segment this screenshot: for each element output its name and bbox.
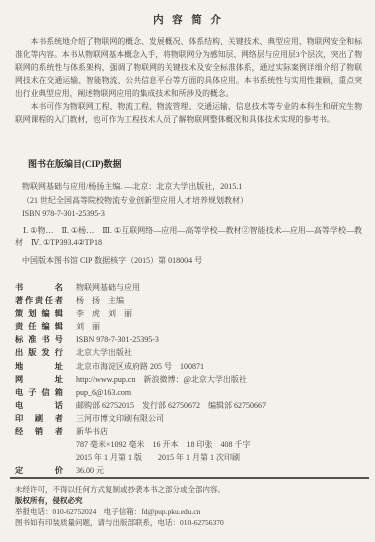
detail-value: 787 毫米×1092 毫米 16 开本 18 印张 408 千字 [76,438,251,451]
content-summary-section: 内 容 简 介 本书系统地介绍了物联网的概念、发展概况、体系结构、关键技术、典型… [15,12,362,126]
detail-row-isbn: 标准书号 ISBN 978-7-301-25395-3 [15,333,365,346]
report-contact-line: 举报电话：010-62752024 电子信箱：fd@pup.pku.edu.cn [15,506,362,517]
detail-label: 经销者 [15,425,63,438]
cip-title-line: 物联网基础与应用/杨扬主编. —北京：北京大学出版社，2015.1 [22,180,362,194]
detail-value: 北京市海淀区成府路 205 号 100871 [76,360,204,373]
cip-record-number: 中国版本图书馆 CIP 数据核字（2015）第 018004 号 [22,254,362,268]
detail-label: 标准书号 [15,333,63,346]
detail-label: 网址 [15,373,63,386]
detail-row-planning-editor: 策划编辑 李 虎 刘 丽 [15,307,365,320]
detail-row-price: 定价 36.00 元 [15,464,365,477]
rights-reserved-notice: 版权所有，侵权必究 [15,495,362,506]
detail-row-responsible-editor: 责任编辑 刘 丽 [15,320,365,333]
detail-label: 地址 [15,360,63,373]
detail-row-publisher: 出版发行 北京大学出版社 [15,346,365,359]
detail-label: 策划编辑 [15,307,63,320]
detail-row-printer: 印刷者 三河市博文印刷有限公司 [15,412,365,425]
detail-value: 邮购部 62752015 发行部 62750672 编辑部 62750667 [76,399,266,412]
detail-row-address: 地址 北京市海淀区成府路 205 号 100871 [15,360,365,373]
detail-value: 新华书店 [76,425,108,438]
detail-value: 36.00 元 [76,464,104,477]
detail-label: 印刷者 [15,412,63,425]
detail-value: pup_6@163.com [76,386,131,399]
detail-value: 2015 年 1 月第 1 版 2015 年 1 月第 1 次印刷 [76,451,240,464]
detail-value: 刘 丽 [76,320,100,333]
summary-paragraph-1: 本书系统地介绍了物联网的概念、发展概况、体系结构、关键技术、典型应用、物联网安全… [15,35,362,100]
detail-value: 北京大学出版社 [76,346,132,359]
detail-label: 电子信箱 [15,386,63,399]
detail-label: 电话 [15,399,63,412]
detail-label: 出版发行 [15,346,63,359]
detail-value: ISBN 978-7-301-25395-3 [76,333,159,346]
detail-row-format: 787 毫米×1092 毫米 16 开本 18 印张 408 千字 [15,438,365,451]
cip-heading: 图书在版编目(CIP)数据 [28,158,362,171]
detail-row-distributor: 经销者 新华书店 [15,425,365,438]
detail-value: 杨 扬 主编 [76,294,124,307]
detail-row-phone: 电话 邮购部 62752015 发行部 62750672 编辑部 6275066… [15,399,365,412]
summary-paragraph-2: 本书可作为物联网工程、物流工程、物流管理、交通运输、信息技术等专业的本科生和研究… [15,100,362,126]
cip-isbn-line: ISBN 978-7-301-25395-3 [22,207,362,221]
cip-series-line: （21 世纪全国高等院校物流专业创新型应用人才培养规划教材） [22,194,362,208]
copyright-notice-section: 未经许可，不得以任何方式复制或抄袭本书之部分或全部内容。 版权所有，侵权必究 举… [15,484,362,528]
cip-classification-line: Ⅰ. ①物… Ⅱ. ①杨… Ⅲ. ①互联网络—应用—高等学校—教材②智能技术—应… [15,225,362,250]
cip-data-section: 图书在版编目(CIP)数据 物联网基础与应用/杨扬主编. —北京：北京大学出版社… [15,158,362,267]
divider-line [10,477,369,479]
detail-label: 著作责任者 [15,294,63,307]
detail-value: http://www.pup.cn 新浪微博：@北京大学出版社 [76,373,247,386]
detail-label: 责任编辑 [15,320,63,333]
detail-row-edition: 2015 年 1 月第 1 版 2015 年 1 月第 1 次印刷 [15,451,365,464]
detail-value: 李 虎 刘 丽 [76,307,132,320]
book-copyright-page: 内 容 简 介 本书系统地介绍了物联网的概念、发展概况、体系结构、关键技术、典型… [0,0,375,542]
no-copy-notice: 未经许可，不得以任何方式复制或抄袭本书之部分或全部内容。 [15,484,362,495]
detail-row-title: 书名 物联网基础与应用 [15,281,365,294]
detail-label: 定价 [15,464,63,477]
detail-row-email: 电子信箱 pup_6@163.com [15,386,365,399]
detail-row-author: 著作责任者 杨 扬 主编 [15,294,365,307]
detail-value: 三河市博文印刷有限公司 [76,412,164,425]
quality-contact-line: 图书如有印装质量问题，请与出版部联系，电话：010-62756370 [15,517,362,528]
detail-value: 物联网基础与应用 [76,281,140,294]
detail-label: 书名 [15,281,63,294]
content-summary-title: 内 容 简 介 [15,12,362,27]
detail-row-website: 网址 http://www.pup.cn 新浪微博：@北京大学出版社 [15,373,365,386]
publication-details-table: 书名 物联网基础与应用 著作责任者 杨 扬 主编 策划编辑 李 虎 刘 丽 责任… [15,281,365,477]
